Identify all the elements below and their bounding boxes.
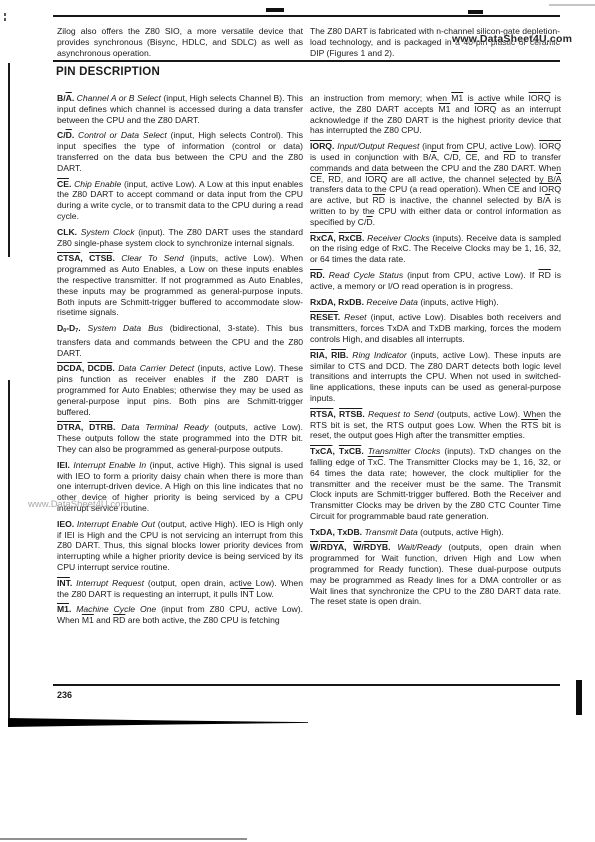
pin-text: IORQ [529, 93, 551, 103]
pin-entry: DCDA, DCDB. Data Carrier Detect (inputs,… [57, 363, 303, 417]
pin-text: IORQ [474, 104, 496, 114]
pin-text: and [94, 615, 113, 625]
horizontal-rule-middle [53, 60, 560, 62]
pin-text: Interrupt Enable Out [77, 519, 155, 529]
pin-entry: CE. Chip Enable (input, active Low). A L… [57, 179, 303, 222]
pin-entry: B/A. Channel A or B Select (input, High … [57, 93, 303, 125]
pin-entry: RTSA, RTSB. Request to Send (outputs, ac… [310, 409, 561, 441]
pin-text: Read Cycle Status [329, 270, 403, 280]
intro-paragraph-left: Zilog also offers the Z80 SIO, a more ve… [57, 26, 303, 60]
pin-name: RIB [331, 350, 346, 360]
pin-name: RxCB [339, 233, 362, 243]
pin-text: RD [113, 615, 125, 625]
pin-text: Data Carrier Detect [118, 363, 194, 373]
pin-text: is active while [463, 93, 528, 103]
pin-name: DCDB [88, 363, 113, 373]
scan-bottom-line [0, 838, 247, 840]
pin-text: is inactive, the channel selected by B/ [385, 195, 545, 205]
pin-text: Transmitter Clocks [368, 446, 441, 456]
pin-name: TxDA, TxDB. [310, 527, 364, 537]
pin-name: RD [310, 270, 322, 280]
pin-name: CE [57, 179, 69, 189]
pin-text: are both active, the Z80 CPU is fetching [125, 615, 279, 625]
pin-text: . [373, 217, 375, 227]
pin-text: RD [503, 152, 515, 162]
pin-text: Chip Enable [74, 179, 121, 189]
pin-entry: TxDA, TxDB. Transmit Data (outputs, acti… [310, 527, 561, 538]
pin-text: System Clock [81, 227, 135, 237]
scan-right-bar [576, 680, 582, 715]
pin-text: System Data Bus [88, 323, 163, 333]
pin-name: . [78, 323, 87, 333]
pin-name: . [388, 542, 397, 552]
pin-text: Receive Data [366, 297, 418, 307]
pin-name: , [80, 253, 89, 263]
pin-text: Receiver Clocks [367, 233, 429, 243]
pin-text: Ring Indicator [352, 350, 407, 360]
pin-text: Data Terminal Ready [121, 422, 208, 432]
pin-text: and [450, 104, 474, 114]
section-heading: PIN DESCRIPTION [56, 66, 160, 78]
scan-dash [468, 10, 483, 14]
horizontal-rule-bottom [53, 684, 560, 686]
pin-entry: RD. Read Cycle Status (input from CPU, a… [310, 270, 561, 292]
pin-text: IORQ [539, 141, 561, 151]
pin-name: RTSB [339, 409, 362, 419]
scan-dash [266, 8, 284, 12]
pin-text: transfers data to the CPU (a read operat… [310, 184, 508, 194]
pin-text: CE [508, 184, 520, 194]
pin-name: IEI. [57, 460, 73, 470]
pin-text: RD [373, 195, 385, 205]
pin-text: Wait/Ready [397, 542, 441, 552]
pin-name: RIA [310, 350, 325, 360]
pin-name: IORQ [310, 141, 332, 151]
pin-name: CLK. [57, 227, 81, 237]
pin-entry: RxDA, RxDB. Receive Data (inputs, active… [310, 297, 561, 308]
pin-text: are all active, the channel selected by … [387, 174, 555, 184]
pin-name: TxCA [310, 446, 332, 456]
pin-entry: IORQ. Input/Output Request (input from C… [310, 141, 561, 227]
pin-name: , [344, 542, 353, 552]
pin-text: , C/ [437, 152, 453, 162]
pin-name: C/ [57, 130, 66, 140]
pin-name: RxDA, RxDB. [310, 297, 366, 307]
pin-entry: IEO. Interrupt Enable Out (output, activ… [57, 519, 303, 573]
pin-name: M1 [57, 604, 69, 614]
page-number: 236 [57, 690, 72, 700]
pin-text: an instruction from memory; when [310, 93, 451, 103]
pin-description-column-right: an instruction from memory; when M1 is a… [310, 93, 561, 612]
pin-name: . [113, 253, 122, 263]
pin-text: A [556, 174, 561, 184]
pin-name: RESET [310, 312, 338, 322]
scan-left-border [8, 380, 10, 727]
pin-name: DCDA [57, 363, 82, 373]
watermark-middle: www.DataSheet4U.com [28, 499, 128, 510]
pin-text: , and [341, 174, 366, 184]
pin-name: RDYA [321, 542, 345, 552]
pin-name: RDYB [364, 542, 388, 552]
pin-text: Clear To Send [121, 253, 183, 263]
pin-entry: D0-D7. System Data Bus (bidirectional, 3… [57, 323, 303, 358]
pin-name: DTRA [57, 422, 81, 432]
pin-text: CE [465, 152, 477, 162]
watermark-top: www.DataSheet4U.com [452, 33, 572, 45]
pin-name: , [81, 422, 89, 432]
pin-name: RTSA [310, 409, 333, 419]
pin-name: . [113, 422, 121, 432]
pin-text: INT [240, 589, 254, 599]
pin-text: Machine Cycle One [76, 604, 156, 614]
pin-name: B/ [57, 93, 66, 103]
pin-text: Transmit Data [364, 527, 417, 537]
pin-entry: an instruction from memory; when M1 is a… [310, 93, 561, 136]
pin-entry: CTSA, CTSB. Clear To Send (inputs, activ… [57, 253, 303, 318]
datasheet-page: Zilog also offers the Z80 SIO, a more ve… [0, 0, 595, 842]
pin-text: RD [328, 174, 340, 184]
pin-text: TxC [368, 457, 384, 467]
pin-text: , and [477, 152, 503, 162]
pin-text: are active, but [310, 195, 373, 205]
pin-entry: C/D. Control or Data Select (input, High… [57, 130, 303, 173]
pin-entry: RIA, RIB. Ring Indicator (inputs, active… [310, 350, 561, 404]
pin-entry: M1. Machine Cycle One (input from Z80 CP… [57, 604, 303, 626]
pin-entry: INT. Interrupt Request (output, open dra… [57, 578, 303, 600]
pin-text: IORQ [365, 174, 387, 184]
pin-text: RD [538, 270, 550, 280]
scan-wedge [8, 718, 308, 727]
pin-text: Control or Data Select [78, 130, 167, 140]
horizontal-rule-top [53, 15, 560, 17]
pin-text: M1 [451, 93, 463, 103]
pin-name: W [310, 542, 318, 552]
pin-entry: CLK. System Clock (input). The Z80 DART … [57, 227, 303, 249]
pin-text: RTS [521, 420, 538, 430]
pin-entry: W/RDYA, W/RDYB. Wait/Ready (outputs, ope… [310, 542, 561, 607]
pin-text: (input from CPU, active Low). [419, 141, 539, 151]
pin-description-column-left: B/A. Channel A or B Select (input, High … [57, 93, 303, 631]
pin-name: -D [66, 323, 75, 333]
scan-line-faint [549, 4, 595, 6]
pin-text: (outputs, active High). [418, 527, 504, 537]
pin-text: Input/Output Request [337, 141, 419, 151]
pin-name: INT [57, 578, 70, 588]
pin-text: M1 [82, 615, 94, 625]
pin-name: CTSB [89, 253, 112, 263]
pin-name: CTSA [57, 253, 80, 263]
pin-text: (input from CPU, active Low). If [403, 270, 538, 280]
pin-text: Low. [254, 589, 274, 599]
pin-text: CE [310, 174, 322, 184]
pin-text: is used in conjunction with B/ [310, 152, 431, 162]
pin-text: Channel A or B Select [77, 93, 161, 103]
pin-entry: RxCA, RxCB. Receiver Clocks (inputs). Re… [310, 233, 561, 265]
pin-name: RxCA [310, 233, 333, 243]
scan-speck [4, 13, 6, 16]
pin-text: IORQ [539, 184, 561, 194]
pin-entry: RESET. Reset (input, active Low). Disabl… [310, 312, 561, 344]
pin-name: IEO. [57, 519, 77, 529]
pin-name: TxCB [339, 446, 361, 456]
pin-text: Request to Send [368, 409, 434, 419]
pin-text: Interrupt Request [76, 578, 144, 588]
pin-entry: DTRA, DTRB. Data Terminal Ready (outputs… [57, 422, 303, 454]
scan-left-border [8, 63, 10, 257]
pin-text: (inputs, active High). [418, 297, 499, 307]
pin-text: M1 [438, 104, 450, 114]
pin-entry: TxCA, TxCB. Transmitter Clocks (inputs).… [310, 446, 561, 522]
pin-text: Reset [344, 312, 366, 322]
pin-text: Interrupt Enable In [73, 460, 146, 470]
pin-name: DTRB [89, 422, 113, 432]
pin-text: and [520, 184, 539, 194]
